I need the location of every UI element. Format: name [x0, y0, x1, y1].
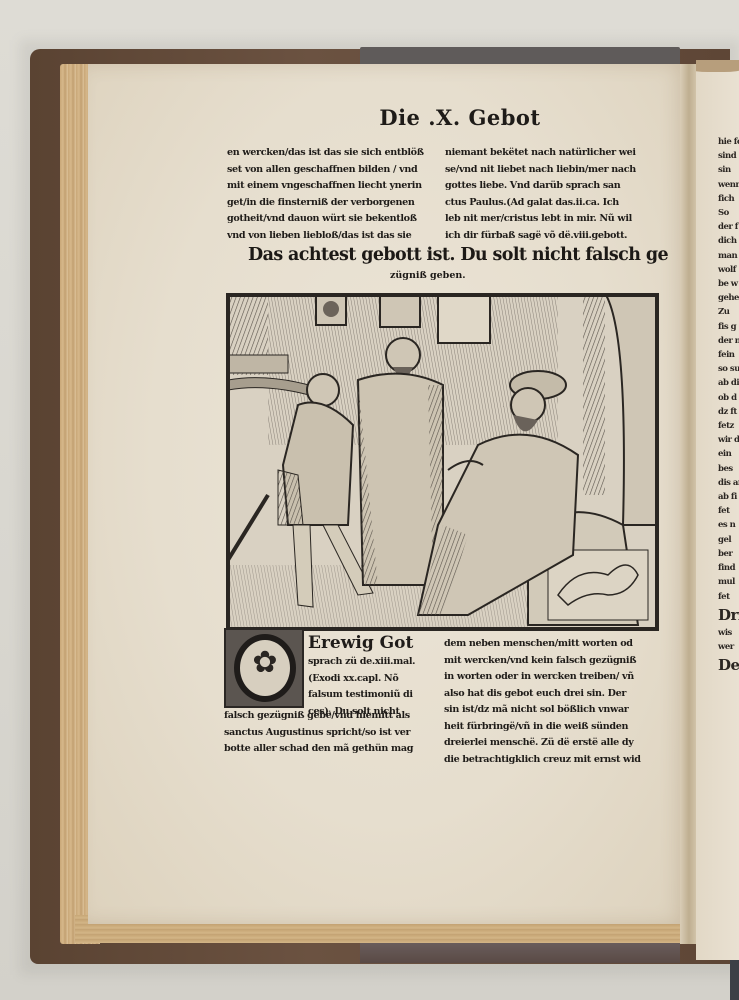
text-fragment: wenn — [718, 178, 739, 192]
text-line: die betrachtigklich creuz mit ernst wid — [444, 752, 660, 769]
right-page: hie fol sind sin wenn fich So der f dich… — [696, 60, 739, 960]
text-fragment: So — [718, 206, 739, 220]
woodcut-illustration — [226, 293, 659, 631]
text-line: leb nit mer/cristus lebt in mir. Nũ wil — [445, 211, 660, 228]
text-fragment: der f — [718, 220, 739, 234]
text-fragment: ob d — [718, 391, 739, 405]
text-fragment-large: Drit — [718, 604, 739, 626]
text-fragment: ber — [718, 547, 739, 561]
text-fragment: fet — [718, 504, 739, 518]
text-line: dem neben menschen/mitt worten od — [444, 636, 660, 653]
text-fragment: bes — [718, 462, 739, 476]
text-line: niemant bekëtet nach natürlicher wei — [445, 145, 660, 162]
text-fragment: be w — [718, 277, 739, 291]
torn-page-corner — [696, 60, 739, 72]
text-fragment: dz ft — [718, 405, 739, 419]
flower-ornament-icon: ✿ — [250, 648, 280, 678]
text-fragment: dis an — [718, 476, 739, 490]
text-fragment: sind — [718, 149, 739, 163]
text-line: get/in die finsterniß der verborgenen — [227, 195, 435, 212]
text-fragment: wir d — [718, 433, 739, 447]
text-line: heit fürbringë/vñ in die weiß sünden — [444, 719, 660, 736]
text-fragment: fet — [718, 590, 739, 604]
text-fragment: hie fol — [718, 135, 739, 149]
text-line: en wercken/das ist das sie sich entblöß — [227, 145, 435, 162]
text-line: gotheit/vnd dauon würt sie bekentloß — [227, 211, 435, 228]
text-fragment: gel — [718, 533, 739, 547]
bottom-column-left: falsch gezügniß gebë/vnd hiemitt als san… — [224, 708, 439, 758]
text-fragment: wolf — [718, 263, 739, 277]
text-fragment: gehe — [718, 291, 739, 305]
top-column-right: niemant bekëtet nach natürlicher wei se/… — [445, 145, 660, 244]
text-line: set von allen geschaffnen bilden / vnd — [227, 162, 435, 179]
decorated-initial: ✿ — [224, 628, 304, 708]
text-line: ich dir fürbaß sagë võ dë.viii.gebott. — [445, 228, 660, 245]
text-line: vnd von lieben liebloß/das ist das sie — [227, 228, 435, 245]
text-line: falsch gezügniß gebë/vnd hiemitt als — [224, 708, 439, 725]
text-line: mit einem vngeschaffnen liecht ynerin — [227, 178, 435, 195]
text-fragment: ab di — [718, 376, 739, 390]
text-line: dreierlei menschë. Zü dë erstë alle dy — [444, 735, 660, 752]
section-heading: Das achtest gebott ist. Du solt nicht fa… — [248, 245, 658, 265]
text-fragment: fein — [718, 348, 739, 362]
text-fragment: sin — [718, 163, 739, 177]
text-line: sprach zü de.xiii.mal. — [308, 654, 438, 671]
text-fragment: fich — [718, 192, 739, 206]
text-line: sin ist/dz mã nicht sol bößlich vnwar — [444, 702, 660, 719]
text-line: also hat dis gebot euch drei sin. Der — [444, 686, 660, 703]
text-line: gottes liebe. Vnd darüb sprach san — [445, 178, 660, 195]
text-fragment: es n — [718, 518, 739, 532]
text-fragment: fetz — [718, 419, 739, 433]
right-page-text: hie fol sind sin wenn fich So der f dich… — [718, 135, 739, 676]
text-line: botte aller schad den mã gethün mag — [224, 741, 439, 758]
text-line: sanctus Augustinus spricht/so ist ver — [224, 725, 439, 742]
text-fragment: der n — [718, 334, 739, 348]
bottom-column-left-lead: Erewig Got sprach zü de.xiii.mal. (Exodi… — [308, 632, 438, 720]
text-fragment: mul — [718, 575, 739, 589]
running-head: Die .X. Gebot — [330, 105, 590, 130]
section-subheading: zügniß geben. — [390, 270, 510, 281]
top-column-left: en wercken/das ist das sie sich entblöß … — [227, 145, 435, 244]
text-fragment: fis g — [718, 320, 739, 334]
bottom-column-right: dem neben menschen/mitt worten od mit we… — [444, 636, 660, 768]
text-line-lead: Erewig Got — [308, 632, 438, 654]
text-fragment: dich — [718, 234, 739, 248]
text-line: in worten oder in wercken treiben/ vñ — [444, 669, 660, 686]
text-fragment: ein — [718, 447, 739, 461]
text-line: mit wercken/vnd kein falsch gezügniß — [444, 653, 660, 670]
text-fragment: Zu — [718, 305, 739, 319]
text-line: falsum testimoniũ di — [308, 687, 438, 704]
text-fragment: wis — [718, 626, 739, 640]
text-line: (Exodi xx.capl. Nõ — [308, 671, 438, 688]
text-line: ctus Paulus.(Ad galat das.ii.ca. Ich — [445, 195, 660, 212]
text-fragment: so su — [718, 362, 739, 376]
text-line: se/vnd nit liebet nach liebin/mer nach — [445, 162, 660, 179]
text-fragment: ab fi — [718, 490, 739, 504]
text-fragment: man — [718, 249, 739, 263]
text-fragment: find — [718, 561, 739, 575]
bookmark-ribbon — [730, 960, 739, 1000]
text-fragment: wer — [718, 640, 739, 654]
text-fragment-large: Dem — [718, 654, 739, 676]
